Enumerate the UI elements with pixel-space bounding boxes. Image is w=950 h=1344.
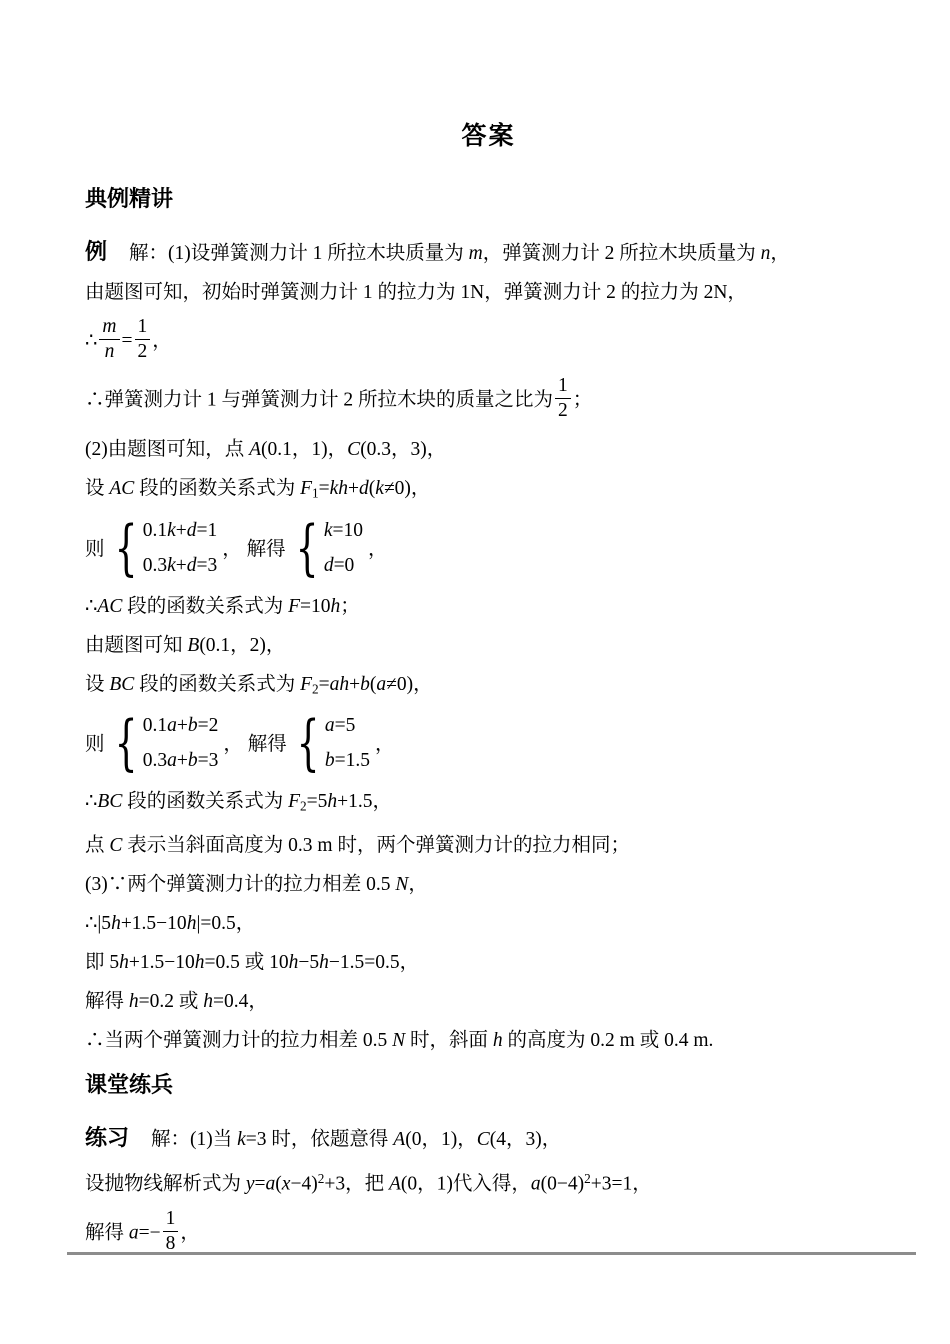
- text-run: +1.5−10: [121, 913, 187, 934]
- content-line: 例解：(1)设弹簧测力计 1 所拉木块质量为 m，弹簧测力计 2 所拉木块质量为…: [85, 239, 892, 267]
- text-run: =1: [196, 520, 217, 541]
- math-variable: b: [325, 750, 335, 771]
- equation-system-rows: 0.1k+d=10.3k+d=3: [143, 518, 218, 579]
- text-run: 则: [85, 734, 105, 755]
- text-run: 段的函数关系式为: [122, 791, 288, 812]
- math-fraction: 12: [135, 317, 151, 363]
- content-line: 设抛物线解析式为 y=a(x−4)2+3，把 A(0，1)代入得，a(0−4)2…: [85, 1166, 892, 1198]
- equation-row: 0.3k+d=3: [143, 553, 218, 579]
- section-body-practice: 练习解：(1)当 k=3 时，依题意得 A(0，1)，C(4，3)，设抛物线解析…: [85, 1125, 892, 1257]
- text-run: ，: [180, 1222, 200, 1243]
- math-variable: F: [288, 596, 300, 617]
- text-run: 设抛物线解析式为: [85, 1174, 246, 1195]
- math-variable: C: [477, 1129, 490, 1150]
- equation-row: 0.1a+b=2: [143, 713, 219, 739]
- math-variable: n: [761, 243, 771, 264]
- text-run: 解：(1)设弹簧测力计 1 所拉木块质量为: [129, 243, 469, 264]
- text-run: 1: [558, 375, 568, 396]
- math-variable: A: [393, 1129, 405, 1150]
- math-variable: h: [331, 596, 341, 617]
- text-run: 段的函数关系式为: [134, 478, 300, 499]
- text-run: ∴: [85, 791, 97, 812]
- text-run: +: [348, 478, 359, 499]
- math-variable: b: [188, 750, 198, 771]
- math-variable: BC: [109, 674, 134, 695]
- math-variable: a: [266, 1174, 276, 1195]
- text-run: ，: [368, 539, 388, 560]
- text-run: +: [177, 715, 188, 736]
- text-run: 即 5: [85, 952, 119, 973]
- text-run: =5: [335, 715, 356, 736]
- fraction-numerator: m: [99, 317, 119, 340]
- section-body-example: 例解：(1)设弹簧测力计 1 所拉木块质量为 m，弹簧测力计 2 所拉木块质量为…: [85, 239, 892, 1054]
- math-superscript: 2: [584, 1171, 591, 1186]
- text-run: ≠0)，: [384, 478, 430, 499]
- text-run: 解得: [85, 1222, 129, 1243]
- fraction-denominator: 2: [555, 399, 571, 421]
- math-subscript: 2: [312, 681, 319, 696]
- equation-row: 0.1k+d=1: [143, 518, 218, 544]
- text-run: ，: [770, 243, 790, 264]
- content-line: 由题图可知，初始时弹簧测力计 1 的拉力为 1N，弹簧测力计 2 的拉力为 2N…: [85, 280, 892, 306]
- fraction-numerator: 1: [135, 317, 151, 340]
- math-variable: b: [360, 674, 370, 695]
- text-run: 0.1: [143, 520, 167, 541]
- equation-row: d=0: [324, 553, 363, 579]
- content-line: ∴AC 段的函数关系式为 F=10h；: [85, 594, 892, 620]
- content-line: 点 C 表示当斜面高度为 0.3 m 时，两个弹簧测力计的拉力相同；: [85, 833, 892, 859]
- math-variable: BC: [97, 791, 122, 812]
- equation-row: k=10: [324, 518, 363, 544]
- text-run: 段的函数关系式为: [134, 674, 300, 695]
- math-variable: F: [300, 674, 312, 695]
- math-variable: A: [249, 439, 261, 460]
- math-variable: b: [188, 715, 198, 736]
- math-variable: d: [359, 478, 369, 499]
- fraction-numerator: 1: [163, 1209, 179, 1232]
- math-variable: ah: [330, 674, 350, 695]
- math-variable: h: [327, 791, 337, 812]
- text-run: ≠0)，: [386, 674, 432, 695]
- text-run: +1.5−10: [129, 952, 195, 973]
- math-variable: a: [325, 715, 335, 736]
- text-run: 时，斜面: [405, 1030, 493, 1051]
- text-run: −4): [290, 1174, 317, 1195]
- text-run: =3: [198, 750, 219, 771]
- fraction-denominator: 2: [135, 340, 151, 362]
- text-run: ；: [340, 596, 360, 617]
- section-heading-practice: 课堂练兵: [85, 1068, 892, 1099]
- math-variable: a: [129, 1222, 139, 1243]
- math-variable: m: [102, 316, 116, 337]
- text-run: (0.1，2)，: [199, 635, 285, 656]
- text-run: 表示当斜面高度为 0.3 m 时，两个弹簧测力计的拉力相同；: [122, 835, 630, 856]
- text-run: =: [319, 478, 330, 499]
- text-run: (0，1)，: [405, 1129, 477, 1150]
- text-run: =2: [198, 715, 219, 736]
- math-variable: k: [167, 555, 176, 576]
- text-run: 1: [166, 1208, 176, 1229]
- content-line: ∴mn=12，: [85, 319, 892, 365]
- block-label: 例: [85, 239, 107, 264]
- text-run: =0: [334, 555, 355, 576]
- block-label: 练习: [85, 1125, 129, 1150]
- math-variable: h: [119, 952, 129, 973]
- text-run: ， 解得: [222, 539, 285, 560]
- math-fraction: mn: [99, 317, 119, 363]
- math-variable: h: [187, 913, 197, 934]
- text-run: ∴当两个弹簧测力计的拉力相差 0.5: [85, 1030, 392, 1051]
- text-run: +: [176, 520, 187, 541]
- math-variable: h: [111, 913, 121, 934]
- fraction-denominator: n: [99, 340, 119, 362]
- text-run: +: [349, 674, 360, 695]
- divider-line: [67, 1252, 916, 1255]
- fraction-numerator: 1: [555, 376, 571, 399]
- text-run: +: [176, 555, 187, 576]
- text-run: ，: [408, 874, 428, 895]
- text-run: +: [177, 750, 188, 771]
- content-line: 即 5h+1.5−10h=0.5 或 10h−5h−1.5=0.5，: [85, 950, 892, 976]
- text-run: ∴|5: [85, 913, 111, 934]
- equation-system-rows: 0.1a+b=20.3a+b=3: [143, 713, 219, 774]
- text-run: 的高度为 0.2 m 或 0.4 m.: [503, 1030, 714, 1051]
- document-content: 答案 典例精讲 例解：(1)设弹簧测力计 1 所拉木块质量为 m，弹簧测力计 2…: [0, 0, 950, 1257]
- math-variable: AC: [97, 596, 122, 617]
- equation-system: 0.1k+d=10.3k+d=3: [107, 518, 218, 579]
- text-run: −1.5=0.5，: [329, 952, 419, 973]
- text-run: =10: [332, 520, 363, 541]
- text-run: =3: [196, 555, 217, 576]
- math-subscript: 2: [300, 799, 307, 814]
- text-run: =−: [139, 1222, 161, 1243]
- math-variable: B: [187, 635, 199, 656]
- text-run: 点: [85, 835, 109, 856]
- text-run: 2: [138, 341, 148, 362]
- text-run: |=0.5，: [196, 913, 255, 934]
- content-line: 设 AC 段的函数关系式为 F1=kh+d(k≠0)，: [85, 476, 892, 507]
- equation-system-rows: a=5b=1.5: [325, 713, 370, 774]
- text-run: (0.1，1)，: [261, 439, 347, 460]
- math-variable: a: [376, 674, 386, 695]
- text-run: ∴: [85, 330, 97, 351]
- equation-row: a=5: [325, 713, 370, 739]
- text-run: 2: [558, 400, 568, 421]
- math-variable: C: [109, 835, 122, 856]
- math-variable: k: [167, 520, 176, 541]
- text-run: (0.3，3)，: [360, 439, 446, 460]
- text-run: ，弹簧测力计 2 所拉木块质量为: [483, 243, 761, 264]
- text-run: ∴: [85, 596, 97, 617]
- equation-row: b=1.5: [325, 748, 370, 774]
- math-variable: m: [469, 243, 483, 264]
- math-variable: h: [319, 952, 329, 973]
- text-run: −5: [298, 952, 319, 973]
- content-line: (3)∵两个弹簧测力计的拉力相差 0.5 N，: [85, 872, 892, 898]
- content-line: ∴BC 段的函数关系式为 F2=5h+1.5，: [85, 789, 892, 820]
- math-variable: k: [237, 1129, 246, 1150]
- content-line: 则0.1a+b=20.3a+b=3， 解得a=5b=1.5，: [85, 715, 892, 776]
- text-run: 设: [85, 478, 109, 499]
- text-run: =: [122, 330, 133, 351]
- math-variable: a: [167, 750, 177, 771]
- content-line: 解得 h=0.2 或 h=0.4，: [85, 989, 892, 1015]
- content-line: 练习解：(1)当 k=3 时，依题意得 A(0，1)，C(4，3)，: [85, 1125, 892, 1153]
- math-variable: h: [289, 952, 299, 973]
- math-variable: F: [288, 791, 300, 812]
- text-run: 0.3: [143, 555, 167, 576]
- math-subscript: 1: [312, 486, 319, 501]
- equation-system-rows: k=10d=0: [324, 518, 363, 579]
- text-run: 解得: [85, 991, 129, 1012]
- text-run: +3，把: [324, 1174, 389, 1195]
- text-run: 由题图可知，初始时弹簧测力计 1 的拉力为 1N，弹簧测力计 2 的拉力为 2N…: [85, 282, 747, 303]
- math-fraction: 18: [163, 1209, 179, 1255]
- text-run: 设: [85, 674, 109, 695]
- math-fraction: 12: [555, 376, 571, 422]
- math-variable: a: [531, 1174, 541, 1195]
- text-run: 1: [138, 316, 148, 337]
- text-run: =0.2 或: [139, 991, 204, 1012]
- text-run: ∴弹簧测力计 1 与弹簧测力计 2 所拉木块的质量之比为: [85, 389, 553, 410]
- text-run: ，: [375, 734, 395, 755]
- math-variable: k: [375, 478, 384, 499]
- text-run: ；: [573, 389, 593, 410]
- math-variable: h: [493, 1030, 503, 1051]
- math-variable: F: [300, 478, 312, 499]
- text-run: 由题图可知: [85, 635, 187, 656]
- text-run: (0，1)代入得，: [401, 1174, 531, 1195]
- math-variable: h: [203, 991, 213, 1012]
- math-variable: N: [395, 874, 408, 895]
- math-variable: a: [167, 715, 177, 736]
- text-run: 解：(1)当: [151, 1129, 237, 1150]
- text-run: =3 时，依题意得: [246, 1129, 394, 1150]
- equation-row: 0.3a+b=3: [143, 748, 219, 774]
- content-line: ∴|5h+1.5−10h|=0.5，: [85, 911, 892, 937]
- math-variable: y: [246, 1174, 255, 1195]
- content-line: ∴当两个弹簧测力计的拉力相差 0.5 N 时，斜面 h 的高度为 0.2 m 或…: [85, 1028, 892, 1054]
- math-variable: n: [105, 341, 115, 362]
- text-run: 段的函数关系式为: [122, 596, 288, 617]
- math-variable: h: [195, 952, 205, 973]
- text-run: =1.5: [335, 750, 370, 771]
- math-variable: d: [324, 555, 334, 576]
- math-variable: N: [392, 1030, 405, 1051]
- equation-system: 0.1a+b=20.3a+b=3: [107, 713, 219, 774]
- text-run: (3)∵两个弹簧测力计的拉力相差 0.5: [85, 874, 395, 895]
- equation-system: k=10d=0: [288, 518, 363, 579]
- text-run: =: [255, 1174, 266, 1195]
- content-line: (2)由题图可知，点 A(0.1，1)，C(0.3，3)，: [85, 437, 892, 463]
- content-line: 解得 a=−18，: [85, 1211, 892, 1257]
- content-line: ∴弹簧测力计 1 与弹簧测力计 2 所拉木块的质量之比为12；: [85, 378, 892, 424]
- content-line: 则0.1k+d=10.3k+d=3， 解得k=10d=0，: [85, 520, 892, 581]
- section-heading-example: 典例精讲: [85, 182, 892, 213]
- text-run: =0.4，: [213, 991, 268, 1012]
- math-variable: h: [129, 991, 139, 1012]
- content-line: 由题图可知 B(0.1，2)，: [85, 633, 892, 659]
- math-variable: AC: [109, 478, 134, 499]
- text-run: 0.3: [143, 750, 167, 771]
- math-variable: kh: [330, 478, 348, 499]
- text-run: 0.1: [143, 715, 167, 736]
- math-variable: A: [389, 1174, 401, 1195]
- text-run: ， 解得: [223, 734, 286, 755]
- text-run: =10: [300, 596, 331, 617]
- text-run: =: [319, 674, 330, 695]
- text-run: 8: [166, 1233, 176, 1254]
- equation-system: a=5b=1.5: [289, 713, 370, 774]
- text-run: =5: [307, 791, 328, 812]
- page-title: 答案: [85, 116, 892, 152]
- text-run: (4，3)，: [490, 1129, 562, 1150]
- text-run: +3=1，: [591, 1174, 652, 1195]
- document-page: 答案 典例精讲 例解：(1)设弹簧测力计 1 所拉木块质量为 m，弹簧测力计 2…: [0, 0, 950, 1344]
- text-run: 则: [85, 539, 105, 560]
- text-run: =0.5 或 10: [205, 952, 289, 973]
- content-line: 设 BC 段的函数关系式为 F2=ah+b(a≠0)，: [85, 672, 892, 703]
- math-variable: C: [347, 439, 360, 460]
- text-run: (2)由题图可知，点: [85, 439, 249, 460]
- text-run: (0−4): [541, 1174, 585, 1195]
- text-run: ，: [152, 330, 172, 351]
- text-run: +1.5，: [337, 791, 392, 812]
